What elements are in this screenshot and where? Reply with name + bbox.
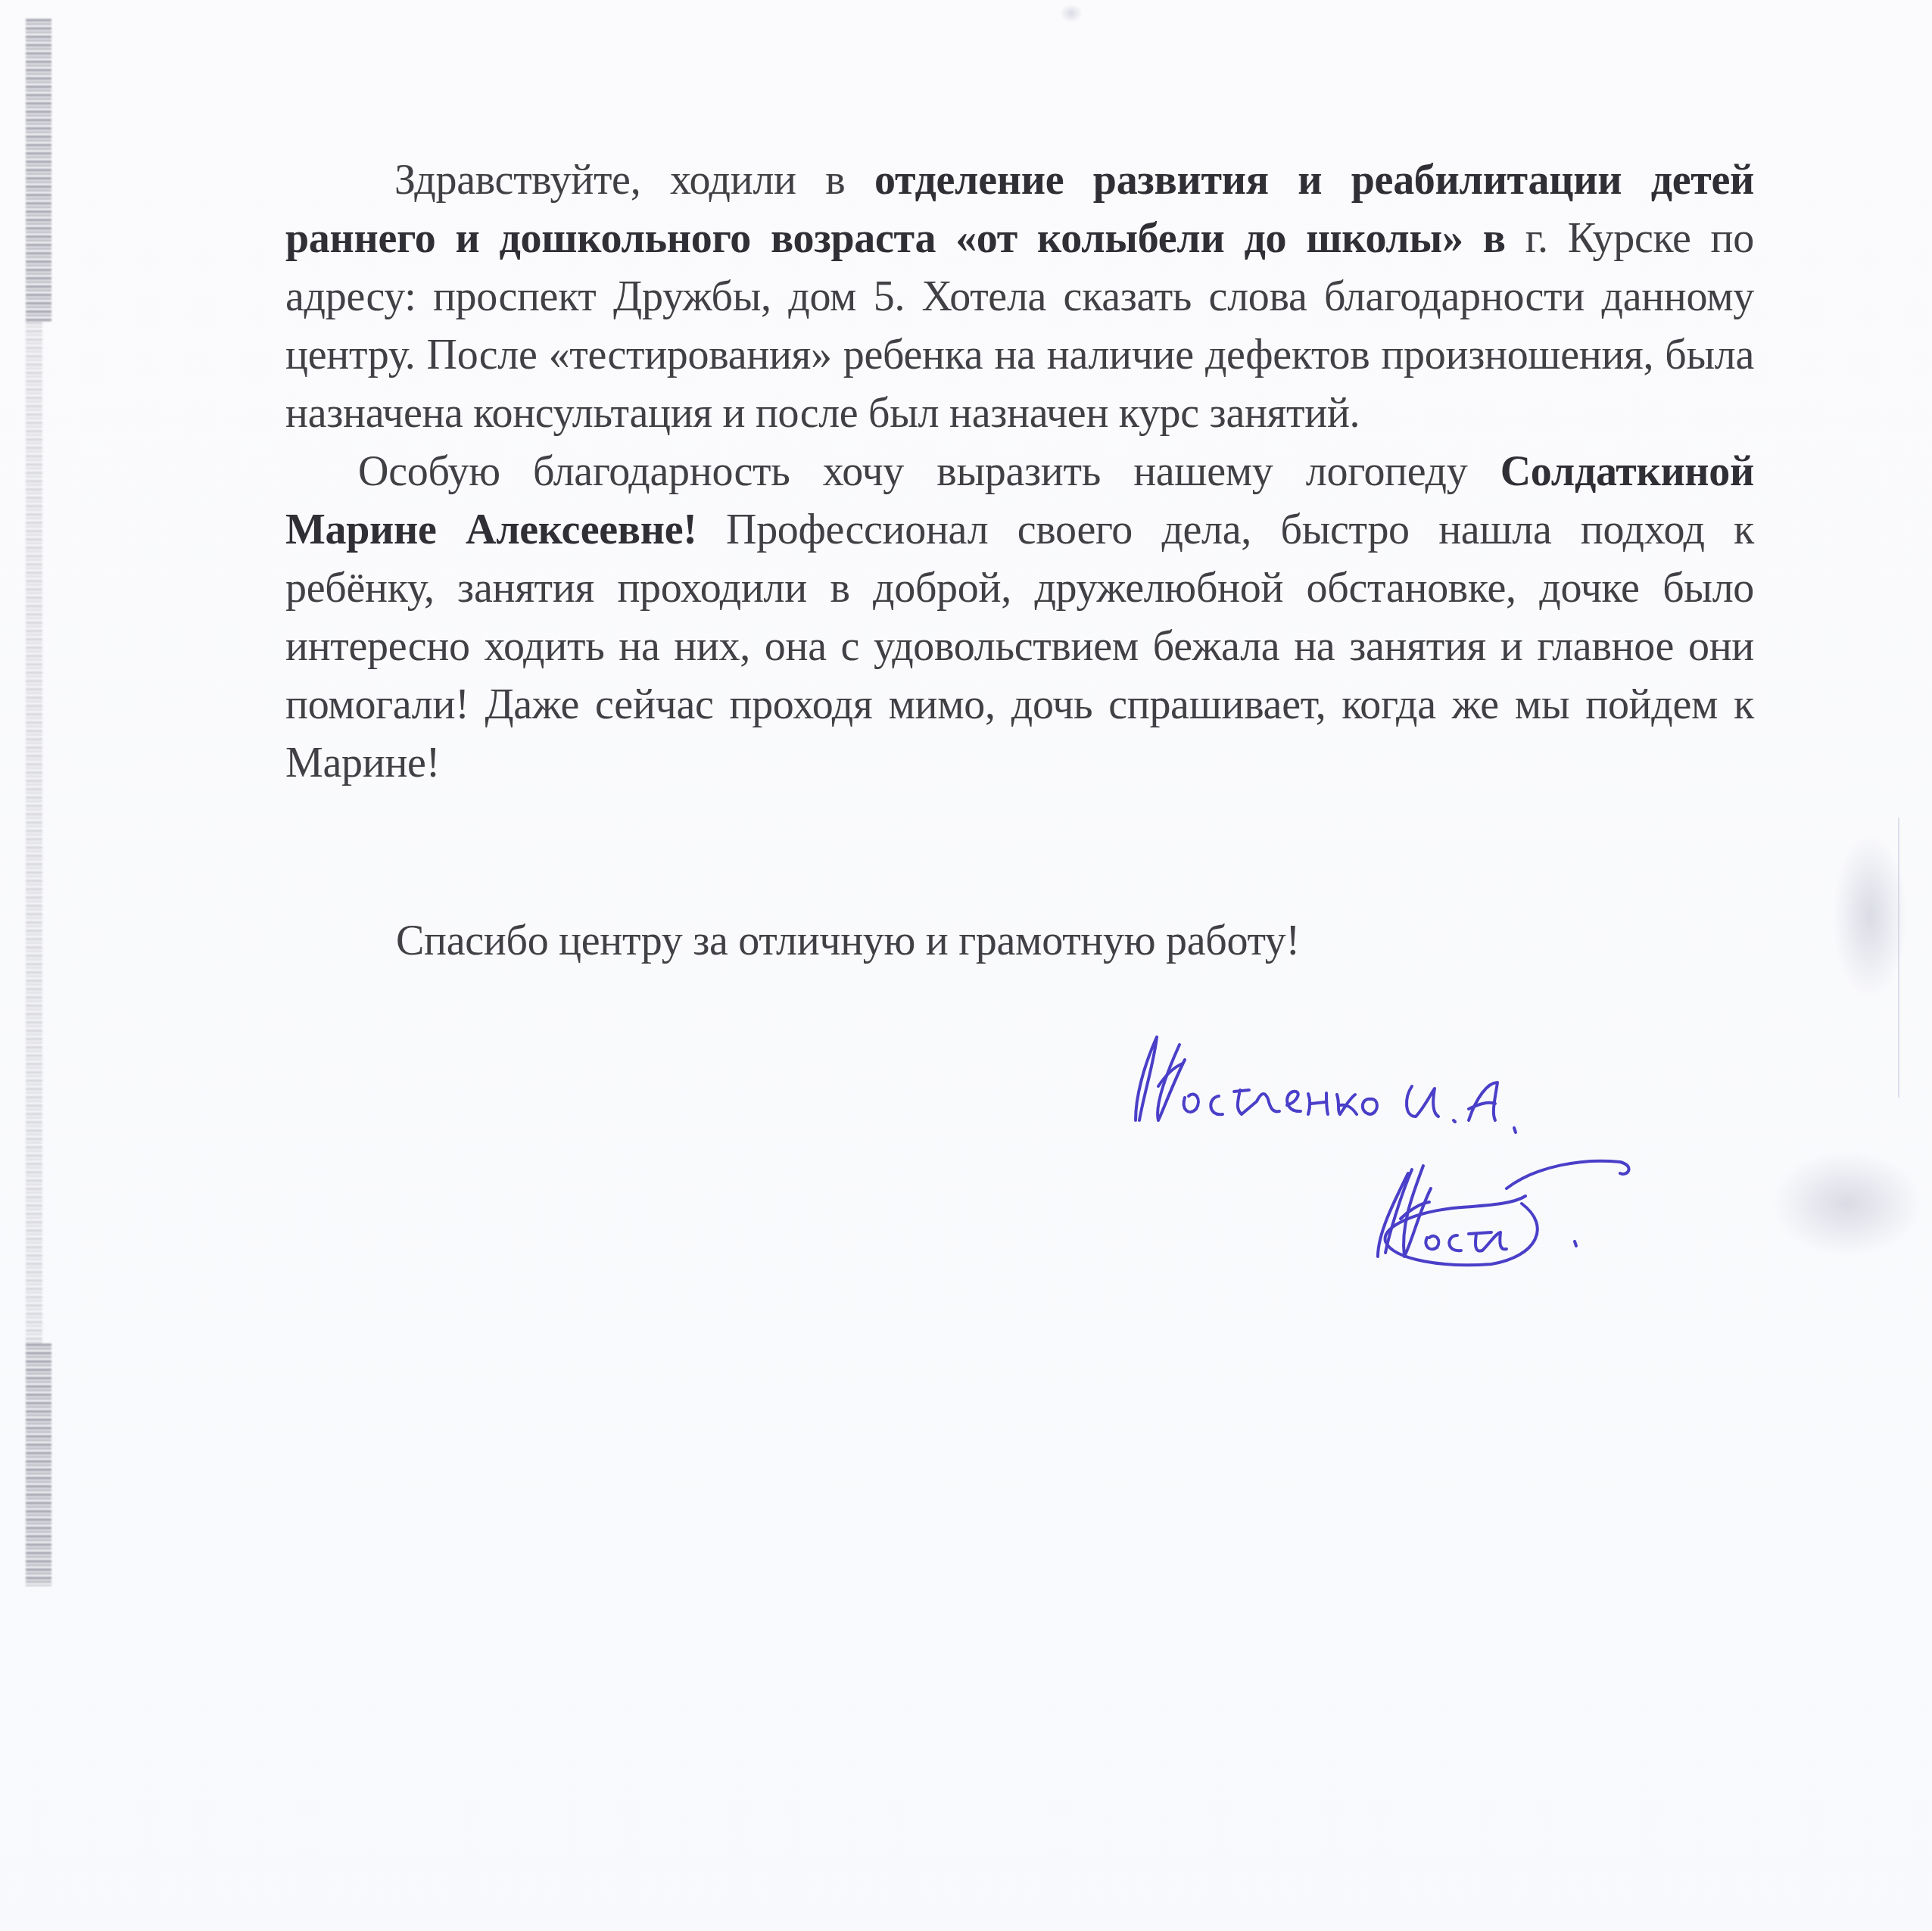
handwritten-signature: Костенко И.А. Кост. bbox=[1113, 1014, 1794, 1287]
smudge bbox=[1060, 4, 1083, 23]
scanner-edge-artifact bbox=[26, 1344, 51, 1586]
signature-ink-icon bbox=[1113, 1014, 1794, 1287]
scanned-page: Здравствуйте, ходили в отделение развити… bbox=[0, 0, 1932, 1931]
smudge bbox=[1832, 833, 1908, 999]
paragraph-intro: Здравствуйте, ходили в отделение развити… bbox=[285, 151, 1754, 443]
gratitude-intro-text: Особую благодарность хочу выразить нашем… bbox=[358, 448, 1500, 495]
scanner-edge-artifact bbox=[26, 322, 42, 1344]
smudge bbox=[1772, 1151, 1923, 1257]
paragraph-gratitude: Особую благодарность хочу выразить нашем… bbox=[285, 443, 1754, 793]
letter-body: Здравствуйте, ходили в отделение развити… bbox=[285, 151, 1754, 793]
closing-line: Спасибо центру за отличную и грамотную р… bbox=[396, 912, 1300, 970]
greeting-text: Здравствуйте, ходили в bbox=[394, 157, 874, 204]
scanner-edge-artifact bbox=[26, 19, 51, 322]
